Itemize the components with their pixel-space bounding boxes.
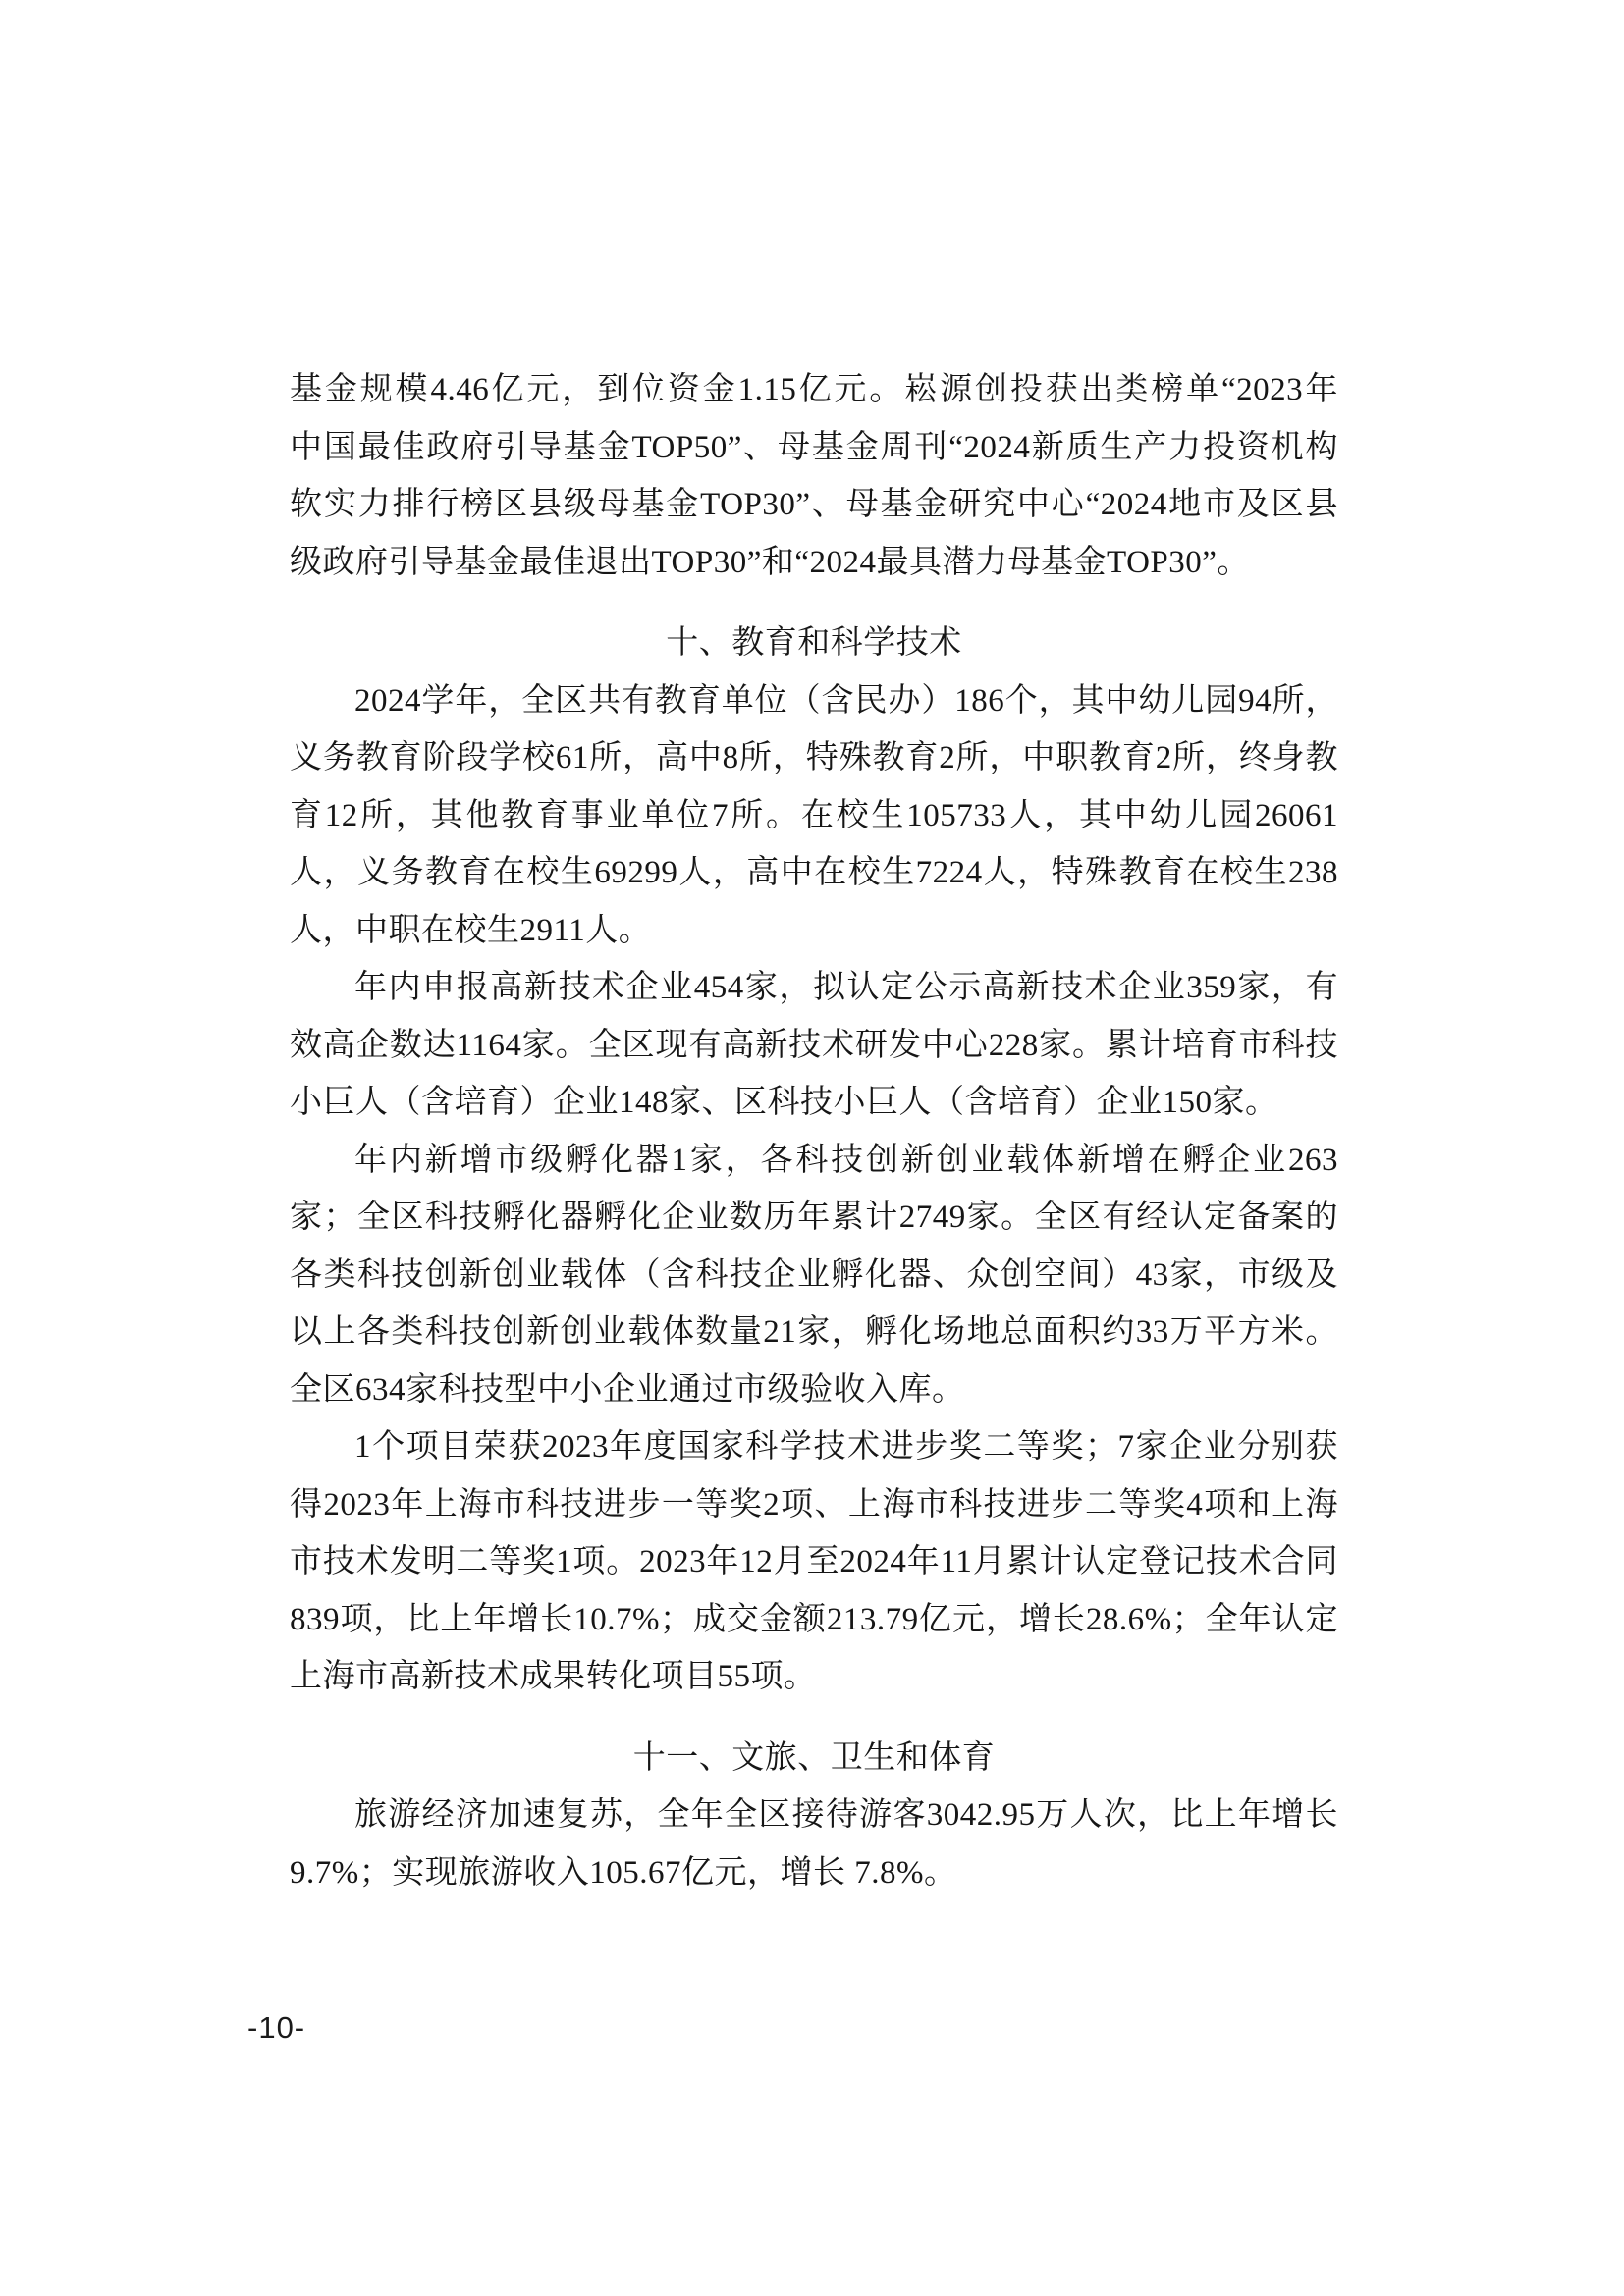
text-line: 中国最佳政府引导基金TOP50”、母基金周刊“2024新质生产力投资机构	[290, 419, 1338, 477]
text-line: 年内申报高新技术企业454家，拟认定公示高新技术企业359家，有	[290, 959, 1338, 1017]
text-line: 小巨人（含培育）企业148家、区科技小巨人（含培育）企业150家。	[290, 1074, 1338, 1132]
text-line: 人，义务教育在校生69299人，高中在校生7224人，特殊教育在校生238	[290, 844, 1338, 902]
text-line: 各类科技创新创业载体（含科技企业孵化器、众创空间）43家，市级及	[290, 1247, 1338, 1305]
page-number: -10-	[247, 2012, 305, 2044]
text-line: 得2023年上海市科技进步一等奖2项、上海市科技进步二等奖4项和上海	[290, 1476, 1338, 1534]
text-line: 以上各类科技创新创业载体数量21家，孵化场地总面积约33万平方米。	[290, 1304, 1338, 1362]
text-line: 全区634家科技型中小企业通过市级验收入库。	[290, 1362, 1338, 1419]
section-heading: 十一、文旅、卫生和体育	[290, 1730, 1338, 1788]
paragraph: 1个项目荣获2023年度国家科学技术进步奖二等奖；7家企业分别获得2023年上海…	[290, 1418, 1338, 1706]
text-line: 9.7%；实现旅游收入105.67亿元，增长 7.8%。	[290, 1844, 1338, 1902]
text-line: 效高企数达1164家。全区现有高新技术研发中心228家。累计培育市科技	[290, 1017, 1338, 1075]
text-line: 家；全区科技孵化器孵化企业数历年累计2749家。全区有经认定备案的	[290, 1189, 1338, 1247]
paragraph: 旅游经济加速复苏，全年全区接待游客3042.95万人次，比上年增长9.7%；实现…	[290, 1787, 1338, 1901]
page: 基金规模4.46亿元，到位资金1.15亿元。崧源创投获出类榜单“2023年中国最…	[0, 0, 1624, 2296]
section-heading: 十、教育和科学技术	[290, 614, 1338, 672]
text-line: 市技术发明二等奖1项。2023年12月至2024年11月累计认定登记技术合同	[290, 1533, 1338, 1591]
text-line: 义务教育阶段学校61所，高中8所，特殊教育2所，中职教育2所，终身教	[290, 729, 1338, 787]
text-line: 级政府引导基金最佳退出TOP30”和“2024最具潜力母基金TOP30”。	[290, 534, 1338, 592]
text-line: 旅游经济加速复苏，全年全区接待游客3042.95万人次，比上年增长	[290, 1787, 1338, 1844]
paragraph: 年内申报高新技术企业454家，拟认定公示高新技术企业359家，有效高企数达116…	[290, 959, 1338, 1132]
text-line: 上海市高新技术成果转化项目55项。	[290, 1648, 1338, 1706]
text-line: 软实力排行榜区县级母基金TOP30”、母基金研究中心“2024地市及区县	[290, 476, 1338, 534]
text-line: 育12所，其他教育事业单位7所。在校生105733人，其中幼儿园26061	[290, 787, 1338, 845]
document-body: 基金规模4.46亿元，到位资金1.15亿元。崧源创投获出类榜单“2023年中国最…	[290, 361, 1338, 1901]
text-line: 839项，比上年增长10.7%；成交金额213.79亿元，增长28.6%；全年认…	[290, 1591, 1338, 1649]
text-line: 人，中职在校生2911人。	[290, 902, 1338, 960]
paragraph: 年内新增市级孵化器1家，各科技创新创业载体新增在孵企业263家；全区科技孵化器孵…	[290, 1132, 1338, 1419]
text-line: 基金规模4.46亿元，到位资金1.15亿元。崧源创投获出类榜单“2023年	[290, 361, 1338, 419]
text-line: 1个项目荣获2023年度国家科学技术进步奖二等奖；7家企业分别获	[290, 1418, 1338, 1476]
text-line: 年内新增市级孵化器1家，各科技创新创业载体新增在孵企业263	[290, 1132, 1338, 1190]
paragraph: 2024学年，全区共有教育单位（含民办）186个，其中幼儿园94所，义务教育阶段…	[290, 672, 1338, 960]
text-line: 2024学年，全区共有教育单位（含民办）186个，其中幼儿园94所，	[290, 672, 1338, 730]
paragraph: 基金规模4.46亿元，到位资金1.15亿元。崧源创投获出类榜单“2023年中国最…	[290, 361, 1338, 591]
